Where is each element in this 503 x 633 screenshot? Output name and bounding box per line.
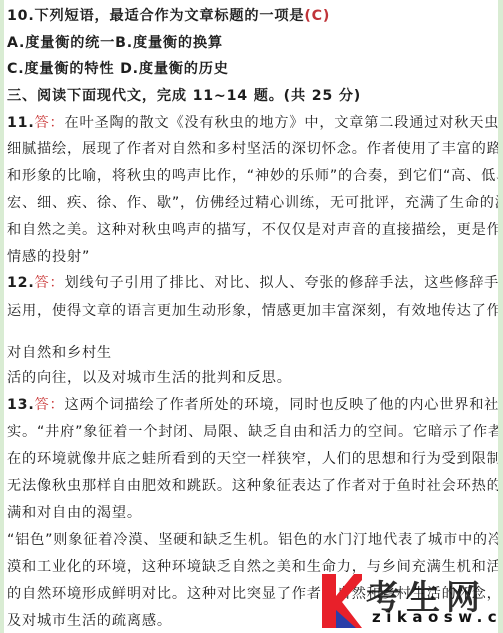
q12-answer-label: 答： xyxy=(35,275,65,291)
q11-answer-label: 答： xyxy=(35,115,65,131)
q12-text-1: 划线句子引用了排比、对比、拟人、夸张的修辞手法，这些修辞手法的 xyxy=(65,275,498,291)
site-watermark: 考生网 zikaosw.cn xyxy=(322,574,498,633)
k-logo-icon xyxy=(322,574,362,628)
q13-line-6: “铝色”则象征着冷漠、坚硬和缺乏生机。铝色的水门汀地代表了城市中的冷 xyxy=(7,529,498,549)
q10-stem: 下列短语，最适合作为文章标题的一项是 xyxy=(35,8,305,24)
section3-heading: 三、阅读下面现代文，完成 11~14 题。(共 25 分) xyxy=(7,85,361,105)
q12-line-4: 活的向往，以及对城市生活的批判和反思。 xyxy=(7,367,292,387)
document-page: 10.下列短语，最适合作为文章标题的一项是(C) A.度量衡的统一B.度量衡的换… xyxy=(4,0,498,633)
q13-line-2: 实。“井府”象征着一个封闭、局限、缺乏自由和活力的空间。它暗示了作者所 xyxy=(7,421,498,441)
q10-answer: (C) xyxy=(304,8,330,24)
q11-line-6: 情感的投射” xyxy=(7,246,90,266)
q10-stem-line: 10.下列短语，最适合作为文章标题的一项是(C) xyxy=(7,5,330,25)
q12-number: 12. xyxy=(7,275,35,291)
watermark-url: zikaosw.cn xyxy=(372,608,498,626)
q12-line-2: 运用，使得文章的语言更加生动形象，情感更加丰富深刻，有效地传达了作者 xyxy=(7,300,498,320)
q10-number: 10. xyxy=(7,8,35,24)
q11-line-3: 和形象的比喻，将秋虫的鸣声比作，“神妙的乐师”的合奏，到它们“高、低、 xyxy=(7,165,498,185)
q12-line-1: 12.答：划线句子引用了排比、对比、拟人、夸张的修辞手法，这些修辞手法的 xyxy=(7,272,498,292)
q11-number: 11. xyxy=(7,115,35,131)
q12-line-3: 对自然和乡村生 xyxy=(7,342,112,362)
q13-number: 13. xyxy=(7,397,35,413)
q10-options-line-2: C.度量衡的特性 D.度量衡的历史 xyxy=(7,58,229,78)
q11-line-4: 宏、细、疾、徐、作、歇”，仿佛经过精心训练，无可批评，充满了生命的活力 xyxy=(7,192,498,212)
q13-line-3: 在的环境就像井底之蛙所看到的天空一样狭窄，人们的思想和行为受到限制， xyxy=(7,448,498,468)
q11-text-1: 在叶圣陶的散文《没有秋虫的地方》中，文章第二段通过对秋天虫声的 xyxy=(65,115,498,131)
q11-line-1: 11.答：在叶圣陶的散文《没有秋虫的地方》中，文章第二段通过对秋天虫声的 xyxy=(7,112,498,132)
q13-line-1: 13.答：这两个词描绘了作者所处的环境，同时也反映了他的内心世界和社会现 xyxy=(7,394,498,414)
q11-line-5: 和自然之美。这种对秋虫鸣声的描写，不仅仅是对声音的直接描绘，更是作者 xyxy=(7,219,498,239)
q13-line-4: 无法像秋虫那样自由肥效和跳跃。这种象征表达了作者对于鱼时社会环热的不 xyxy=(7,475,498,495)
q13-line-5: 满和对自由的渴望。 xyxy=(7,502,142,522)
q13-text-1: 这两个词描绘了作者所处的环境，同时也反映了他的内心世界和社会现 xyxy=(65,397,498,413)
q13-line-9: 及对城市生活的疏离感。 xyxy=(7,610,172,630)
q10-options-line-1: A.度量衡的统一B.度量衡的换算 xyxy=(7,32,223,52)
q11-line-2: 细腻描绘，展现了作者对自然和多村坚活的深切怀念。作者使用了丰富的路善 xyxy=(7,138,498,158)
q13-answer-label: 答： xyxy=(35,397,65,413)
